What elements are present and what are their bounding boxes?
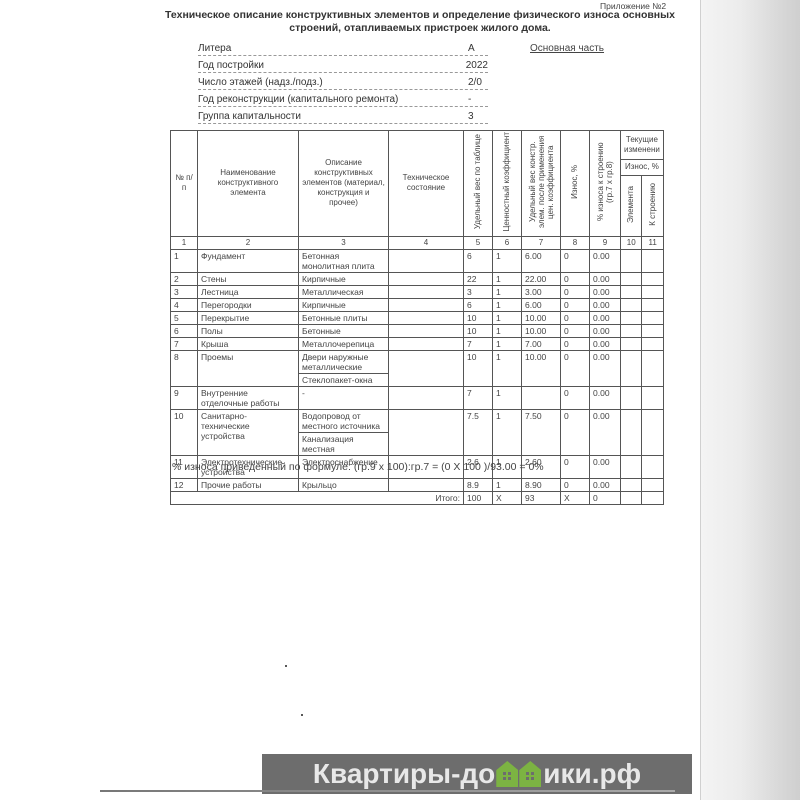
meta-row: Литера А [198, 39, 488, 56]
cell-element-wear [621, 386, 642, 409]
cell-state [389, 298, 464, 311]
watermark-logo: Квартиры-до ики.рф [262, 754, 692, 794]
total-label: Итого: [171, 491, 464, 504]
element-description: Металлочерепица [299, 337, 389, 350]
cell-element-wear [621, 285, 642, 298]
cell-building-wear [642, 478, 663, 491]
cell-element-wear [621, 350, 642, 386]
cell-pct: 0.00 [590, 324, 621, 337]
total-wear-to-building: 0 [590, 491, 621, 504]
row-number: 1 [171, 249, 198, 272]
element-name: Полы [198, 324, 299, 337]
cell-k: 1 [493, 249, 522, 272]
table-row: 10Санитарно-технические устройстваВодопр… [171, 409, 664, 432]
cell-building-wear [642, 386, 663, 409]
cell-element-wear [621, 298, 642, 311]
element-description: Кирпичные [299, 272, 389, 285]
cell-state [389, 337, 464, 350]
cell-w: 10 [464, 311, 493, 324]
cell-element-wear [621, 272, 642, 285]
cell-w: 10 [464, 350, 493, 386]
title-line-2: строений, отапливаемых пристроек жилого … [160, 22, 680, 35]
cell-wk: 3.00 [522, 285, 561, 298]
cell-w: 6 [464, 249, 493, 272]
cell-k: 1 [493, 272, 522, 285]
houses-icon [496, 761, 542, 787]
element-name: Фундамент [198, 249, 299, 272]
header-current-changes: Текущие изменени [621, 131, 664, 160]
table-row: 3ЛестницаМеталлическая313.0000.00 [171, 285, 664, 298]
table-row: 1ФундаментБетонная монолитная плита616.0… [171, 249, 664, 272]
header-coefficient: Ценностный коэффициент [502, 132, 512, 232]
cell-element-wear [621, 337, 642, 350]
meta-value: 2022 [466, 60, 488, 71]
cell-pct: 0.00 [590, 455, 621, 478]
meta-row: Год постройки 2022 [198, 56, 488, 73]
cell-building-wear [642, 337, 663, 350]
element-description: Двери наружные металлические [299, 350, 389, 373]
cell-wk: 10.00 [522, 324, 561, 337]
cell-wear: 0 [561, 324, 590, 337]
element-description: Бетонные [299, 324, 389, 337]
element-name: Внутренние отделочные работы [198, 386, 299, 409]
cell-building-wear [642, 298, 663, 311]
header-state: Техническое состояние [389, 131, 464, 237]
cell-k: 1 [493, 337, 522, 350]
element-name: Санитарно-технические устройства [198, 409, 299, 455]
element-name: Проемы [198, 350, 299, 386]
cell-w: 22 [464, 272, 493, 285]
cell-wk: 8.90 [522, 478, 561, 491]
row-number: 9 [171, 386, 198, 409]
column-number: 3 [299, 236, 389, 249]
total-coefficient: X [493, 491, 522, 504]
header-building-wear: К строению [648, 183, 658, 226]
cell-pct: 0.00 [590, 409, 621, 455]
cell-wear: 0 [561, 272, 590, 285]
header-element-wear: Элемента [626, 186, 636, 223]
cell-k: 1 [493, 386, 522, 409]
row-number: 6 [171, 324, 198, 337]
cell-k: 1 [493, 285, 522, 298]
row-number: 8 [171, 350, 198, 386]
row-number: 12 [171, 478, 198, 491]
cell-element-wear [621, 455, 642, 478]
element-description: Канализация местная [299, 432, 389, 455]
element-name: Перегородки [198, 298, 299, 311]
cell-wear: 0 [561, 337, 590, 350]
element-description: Стеклопакет-окна [299, 373, 389, 386]
cell-state [389, 386, 464, 409]
cell-wear: 0 [561, 350, 590, 386]
element-description: Бетонные плиты [299, 311, 389, 324]
cell-k: 1 [493, 324, 522, 337]
meta-row: Группа капитальности 3 [198, 107, 488, 124]
row-number: 4 [171, 298, 198, 311]
cell-pct: 0.00 [590, 337, 621, 350]
table-row: 4ПерегородкиКирпичные616.0000.00 [171, 298, 664, 311]
cell-pct: 0.00 [590, 386, 621, 409]
meta-value: 3 [468, 111, 488, 122]
cell-state [389, 311, 464, 324]
cell-building-wear [642, 311, 663, 324]
page-bottom-edge [100, 790, 675, 792]
watermark-text-right: ики.рф [543, 758, 641, 790]
cell-building-wear [642, 350, 663, 386]
cell-pct: 0.00 [590, 311, 621, 324]
scan-speck [301, 714, 303, 716]
cell-pct: 0.00 [590, 350, 621, 386]
cell-w: 7 [464, 337, 493, 350]
cell-building-wear [642, 249, 663, 272]
cell-pct: 0.00 [590, 478, 621, 491]
table-row: 2СтеныКирпичные22122.0000.00 [171, 272, 664, 285]
column-number: 7 [522, 236, 561, 249]
cell-building-wear [642, 455, 663, 478]
cell-state [389, 249, 464, 272]
cell-state [389, 478, 464, 491]
cell-wk: 10.00 [522, 311, 561, 324]
cell-k: 1 [493, 409, 522, 455]
column-number: 11 [642, 236, 663, 249]
cell-w: 10 [464, 324, 493, 337]
meta-label: Число этажей (надз./подз.) [198, 77, 468, 88]
cell-state [389, 324, 464, 337]
cell-w: 7 [464, 386, 493, 409]
element-name: Перекрытие [198, 311, 299, 324]
cell-wk: 6.00 [522, 249, 561, 272]
elements-table: № п/п Наименование конструктивного элеме… [170, 130, 664, 505]
header-description: Описание конструктивных элементов (матер… [299, 131, 389, 237]
header-weight: Удельный вес по таблице [473, 134, 483, 229]
cell-wk: 22.00 [522, 272, 561, 285]
building-meta: Литера АГод постройки 2022Число этажей (… [198, 39, 488, 124]
element-name: Крыша [198, 337, 299, 350]
cell-pct: 0.00 [590, 285, 621, 298]
column-numbers-row: 1234567891011 [171, 236, 664, 249]
meta-value: А [468, 43, 488, 54]
header-number: № п/п [171, 131, 198, 237]
cell-wear: 0 [561, 311, 590, 324]
cell-building-wear [642, 409, 663, 455]
header-element-name: Наименование конструктивного элемента [198, 131, 299, 237]
element-description: Кирпичные [299, 298, 389, 311]
row-number: 2 [171, 272, 198, 285]
meta-label: Год реконструкции (капитального ремонта) [198, 94, 468, 105]
meta-value: - [468, 94, 488, 105]
table-row: 5ПерекрытиеБетонные плиты10110.0000.00 [171, 311, 664, 324]
cell-wear: 0 [561, 386, 590, 409]
header-adjusted-weight: Удельный вес констр. элем. после примене… [528, 134, 555, 230]
page-shadow [700, 0, 800, 800]
cell-k: 1 [493, 311, 522, 324]
cell-wear: 0 [561, 298, 590, 311]
meta-label: Год постройки [198, 60, 466, 71]
header-wear-to-building: % износа к строению (гр.7 х гр.8) [596, 137, 614, 227]
element-description: Металлическая [299, 285, 389, 298]
cell-building-wear [642, 324, 663, 337]
cell-w: 3 [464, 285, 493, 298]
cell-element-wear [621, 311, 642, 324]
header-wear: Износ, % [570, 165, 580, 199]
total-weight: 100 [464, 491, 493, 504]
document-title: Техническое описание конструктивных элем… [160, 9, 680, 35]
element-name: Прочие работы [198, 478, 299, 491]
cell-state [389, 409, 464, 455]
row-number: 7 [171, 337, 198, 350]
table-row: 12Прочие работыКрыльцо8.918.9000.00 [171, 478, 664, 491]
table-row: 8ПроемыДвери наружные металлические10110… [171, 350, 664, 373]
scan-speck [285, 665, 287, 667]
column-number: 10 [621, 236, 642, 249]
cell-element-wear [621, 324, 642, 337]
row-number: 10 [171, 409, 198, 455]
main-part-label: Основная часть [530, 43, 604, 54]
cell-state [389, 350, 464, 386]
column-number: 9 [590, 236, 621, 249]
wear-formula: % износа приведённый по формуле: (гр.9 х… [172, 461, 544, 473]
total-adjusted-weight: 93 [522, 491, 561, 504]
element-description: - [299, 386, 389, 409]
cell-pct: 0.00 [590, 272, 621, 285]
cell-state [389, 272, 464, 285]
cell-k: 1 [493, 350, 522, 386]
title-line-1: Техническое описание конструктивных элем… [160, 9, 680, 22]
meta-value: 2/0 [468, 77, 488, 88]
meta-row: Год реконструкции (капитального ремонта)… [198, 90, 488, 107]
column-number: 2 [198, 236, 299, 249]
row-number: 5 [171, 311, 198, 324]
cell-wear: 0 [561, 249, 590, 272]
total-wear: X [561, 491, 590, 504]
row-number: 3 [171, 285, 198, 298]
watermark-text-left: Квартиры-до [313, 758, 495, 790]
cell-state [389, 285, 464, 298]
cell-element-wear [621, 409, 642, 455]
cell-wear: 0 [561, 409, 590, 455]
total-row: Итого: 100 X 93 X 0 [171, 491, 664, 504]
cell-wk: 10.00 [522, 350, 561, 386]
cell-wear: 0 [561, 285, 590, 298]
column-number: 4 [389, 236, 464, 249]
cell-wear: 0 [561, 455, 590, 478]
element-description: Крыльцо [299, 478, 389, 491]
cell-wk: 6.00 [522, 298, 561, 311]
column-number: 1 [171, 236, 198, 249]
meta-label: Группа капитальности [198, 111, 468, 122]
cell-element-wear [621, 478, 642, 491]
cell-element-wear [621, 249, 642, 272]
cell-w: 6 [464, 298, 493, 311]
cell-wear: 0 [561, 478, 590, 491]
cell-building-wear [642, 285, 663, 298]
table-row: 7КрышаМеталлочерепица717.0000.00 [171, 337, 664, 350]
cell-k: 1 [493, 298, 522, 311]
meta-row: Число этажей (надз./подз.) 2/0 [198, 73, 488, 90]
cell-w: 8.9 [464, 478, 493, 491]
table-row: 9Внутренние отделочные работы-7100.00 [171, 386, 664, 409]
column-number: 5 [464, 236, 493, 249]
column-number: 8 [561, 236, 590, 249]
header-wear-group: Износ, % [621, 159, 664, 175]
element-description: Водопровод от местного источника [299, 409, 389, 432]
element-description: Бетонная монолитная плита [299, 249, 389, 272]
cell-pct: 0.00 [590, 298, 621, 311]
cell-wk: 7.50 [522, 409, 561, 455]
cell-wk: 7.00 [522, 337, 561, 350]
meta-label: Литера [198, 43, 468, 54]
column-number: 6 [493, 236, 522, 249]
element-name: Стены [198, 272, 299, 285]
cell-w: 7.5 [464, 409, 493, 455]
cell-k: 1 [493, 478, 522, 491]
cell-building-wear [642, 272, 663, 285]
cell-pct: 0.00 [590, 249, 621, 272]
table-row: 6ПолыБетонные10110.0000.00 [171, 324, 664, 337]
element-name: Лестница [198, 285, 299, 298]
cell-wk [522, 386, 561, 409]
